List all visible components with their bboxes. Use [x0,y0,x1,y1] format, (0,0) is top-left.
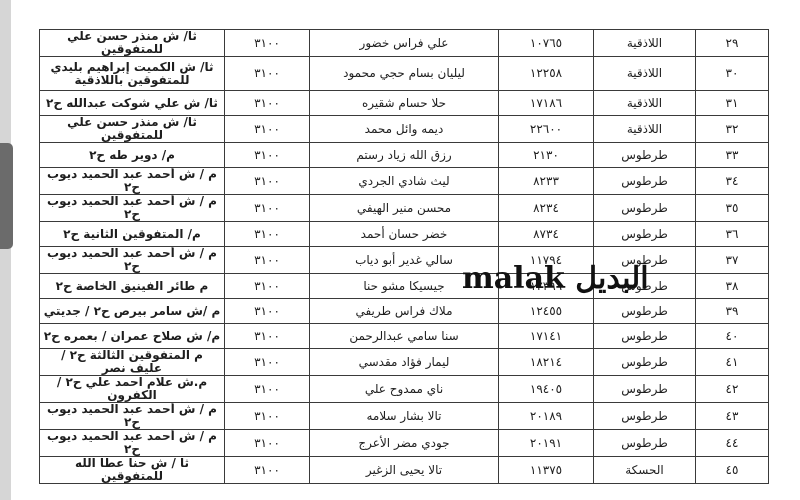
fee-cell: ٣١٠٠ [225,57,310,91]
score-cell: ١٨٢١٤ [499,349,594,376]
row-index: ٣٩ [696,299,769,324]
score-cell: ٢٢٦٠٠ [499,116,594,143]
fee-cell: ٣١٠٠ [225,222,310,247]
results-table: ٢٩اللاذقية١٠٧٦٥علي فراس خضور٣١٠٠ثا/ ش من… [39,29,769,484]
score-cell: ١١٣٧٥ [499,457,594,484]
fee-cell: ٣١٠٠ [225,376,310,403]
row-index: ٤١ [696,349,769,376]
school-cell: ثا/ ش علي شوكت عبدالله ح٢ [40,91,225,116]
fee-cell: ٣١٠٠ [225,430,310,457]
row-index: ٣٥ [696,195,769,222]
score-cell: ١٢٤٥٥ [499,299,594,324]
row-index: ٤٤ [696,430,769,457]
student-name-cell: حلا حسام شقيره [310,91,499,116]
fee-cell: ٣١٠٠ [225,457,310,484]
city-cell: طرطوس [594,376,696,403]
row-index: ٤٥ [696,457,769,484]
table-row: ٤٠طرطوس١٧١٤١سنا سامي عبدالرحمن٣١٠٠م/ ش ص… [40,324,769,349]
row-index: ٤٠ [696,324,769,349]
city-cell: الحسكة [594,457,696,484]
row-index: ٣٤ [696,168,769,195]
row-index: ٤٣ [696,403,769,430]
school-cell: م / ش أحمد عبد الحميد ديوب ح٢ [40,247,225,274]
city-cell: طرطوس [594,222,696,247]
school-cell: م طائر الفينيق الخاصة ح٢ [40,274,225,299]
student-name-cell: محسن منير الهيفي [310,195,499,222]
student-name-cell: ناي ممدوح علي [310,376,499,403]
score-cell: ٢١٣٠ [499,143,594,168]
student-name-cell: ليمار فؤاد مقدسي [310,349,499,376]
student-name-cell: تالا يحيى الزغير [310,457,499,484]
row-index: ٣٧ [696,247,769,274]
city-cell: اللاذقية [594,30,696,57]
score-cell: ١٩٤٠٥ [499,376,594,403]
table-row: ٣٢اللاذقية٢٢٦٠٠ديمه وائل محمد٣١٠٠ثا/ ش م… [40,116,769,143]
table-row: ٣٧طرطوس١١٧٩٤سالي غدير أبو دياب٣١٠٠م / ش … [40,247,769,274]
student-name-cell: ديمه وائل محمد [310,116,499,143]
score-cell: ٢٠١٩١ [499,430,594,457]
table-row: ٣١اللاذقية١٧١٨٦حلا حسام شقيره٣١٠٠ثا/ ش ع… [40,91,769,116]
school-cell: م/ ش صلاح عمران / بعمره ح٢ [40,324,225,349]
table-row: ٣٤طرطوس٨٢٣٣ليث شادي الجردي٣١٠٠م / ش أحمد… [40,168,769,195]
fee-cell: ٣١٠٠ [225,299,310,324]
watermark-text: malak البديل [462,264,649,294]
city-cell: اللاذقية [594,91,696,116]
city-cell: طرطوس [594,143,696,168]
row-index: ٢٩ [696,30,769,57]
school-cell: م /ش سامر بيرص ح٢ / جديتي [40,299,225,324]
city-cell: اللاذقية [594,116,696,143]
school-cell: م/ المتفوقين الثانية ح٢ [40,222,225,247]
row-index: ٣١ [696,91,769,116]
school-cell: ثا/ ش منذر حسن علي للمتفوقين [40,116,225,143]
table-row: ٣٣طرطوس٢١٣٠رزق الله زياد رستم٣١٠٠م/ دوير… [40,143,769,168]
school-cell: ثا/ ش منذر حسن علي للمتفوقين [40,30,225,57]
student-name-cell: ليث شادي الجردي [310,168,499,195]
city-cell: طرطوس [594,168,696,195]
city-cell: طرطوس [594,403,696,430]
school-cell: م / ش أحمد عبد الحميد ديوب ح٢ [40,430,225,457]
student-name-cell: تالا بشار سلامه [310,403,499,430]
fee-cell: ٣١٠٠ [225,349,310,376]
table-row: ٣٨طرطوس١٢٣٩٦جيسيكا مشو حنا٣١٠٠م طائر الف… [40,274,769,299]
viewer-left-edge [0,0,11,500]
table-row: ٤٥الحسكة١١٣٧٥تالا يحيى الزغير٣١٠٠ثا / ش … [40,457,769,484]
score-cell: ٨٢٣٤ [499,195,594,222]
score-cell: ١٧١٤١ [499,324,594,349]
fee-cell: ٣١٠٠ [225,168,310,195]
scrollbar-thumb[interactable] [0,143,13,249]
fee-cell: ٣١٠٠ [225,324,310,349]
school-cell: م المتفوقين الثالثة ح٢ / عليف نصر [40,349,225,376]
city-cell: اللاذقية [594,57,696,91]
score-cell: ٨٢٣٣ [499,168,594,195]
fee-cell: ٣١٠٠ [225,274,310,299]
score-cell: ١٠٧٦٥ [499,30,594,57]
fee-cell: ٣١٠٠ [225,143,310,168]
fee-cell: ٣١٠٠ [225,403,310,430]
table-row: ٣٥طرطوس٨٢٣٤محسن منير الهيفي٣١٠٠م / ش أحم… [40,195,769,222]
student-name-cell: ملاك فراس طريفي [310,299,499,324]
city-cell: طرطوس [594,349,696,376]
student-name-cell: خضر حسان أحمد [310,222,499,247]
row-index: ٣٨ [696,274,769,299]
city-cell: طرطوس [594,299,696,324]
row-index: ٣٣ [696,143,769,168]
student-name-cell: ليليان بسام حجي محمود [310,57,499,91]
school-cell: ثا/ ش الكميت إبراهيم بليدي للمتفوقين بال… [40,57,225,91]
row-index: ٣٠ [696,57,769,91]
city-cell: طرطوس [594,324,696,349]
table-row: ٣٩طرطوس١٢٤٥٥ملاك فراس طريفي٣١٠٠م /ش سامر… [40,299,769,324]
table-row: ٤٣طرطوس٢٠١٨٩تالا بشار سلامه٣١٠٠م / ش أحم… [40,403,769,430]
score-cell: ١٢٢٥٨ [499,57,594,91]
score-cell: ٨٧٣٤ [499,222,594,247]
school-cell: م / ش أحمد عبد الحميد ديوب ح٢ [40,403,225,430]
table-row: ٤٤طرطوس٢٠١٩١جودي مضر الأعرج٣١٠٠م / ش أحم… [40,430,769,457]
school-cell: م.ش علام احمد علي ح٢ /الكفرون [40,376,225,403]
fee-cell: ٣١٠٠ [225,91,310,116]
table-row: ٤٢طرطوس١٩٤٠٥ناي ممدوح علي٣١٠٠م.ش علام اح… [40,376,769,403]
row-index: ٣٢ [696,116,769,143]
city-cell: طرطوس [594,195,696,222]
table-row: ٢٩اللاذقية١٠٧٦٥علي فراس خضور٣١٠٠ثا/ ش من… [40,30,769,57]
row-index: ٤٢ [696,376,769,403]
fee-cell: ٣١٠٠ [225,116,310,143]
table-row: ٣٦طرطوس٨٧٣٤خضر حسان أحمد٣١٠٠م/ المتفوقين… [40,222,769,247]
fee-cell: ٣١٠٠ [225,195,310,222]
fee-cell: ٣١٠٠ [225,30,310,57]
score-cell: ١٧١٨٦ [499,91,594,116]
table-row: ٣٠اللاذقية١٢٢٥٨ليليان بسام حجي محمود٣١٠٠… [40,57,769,91]
fee-cell: ٣١٠٠ [225,247,310,274]
school-cell: م / ش أحمد عبد الحميد ديوب ح٢ [40,195,225,222]
table-row: ٤١طرطوس١٨٢١٤ليمار فؤاد مقدسي٣١٠٠م المتفو… [40,349,769,376]
student-name-cell: رزق الله زياد رستم [310,143,499,168]
student-name-cell: علي فراس خضور [310,30,499,57]
school-cell: م / ش أحمد عبد الحميد ديوب ح٢ [40,168,225,195]
student-name-cell: سنا سامي عبدالرحمن [310,324,499,349]
row-index: ٣٦ [696,222,769,247]
student-name-cell: جودي مضر الأعرج [310,430,499,457]
school-cell: م/ دوير طه ح٢ [40,143,225,168]
school-cell: ثا / ش حنا عطا الله للمتفوقين [40,457,225,484]
score-cell: ٢٠١٨٩ [499,403,594,430]
city-cell: طرطوس [594,430,696,457]
